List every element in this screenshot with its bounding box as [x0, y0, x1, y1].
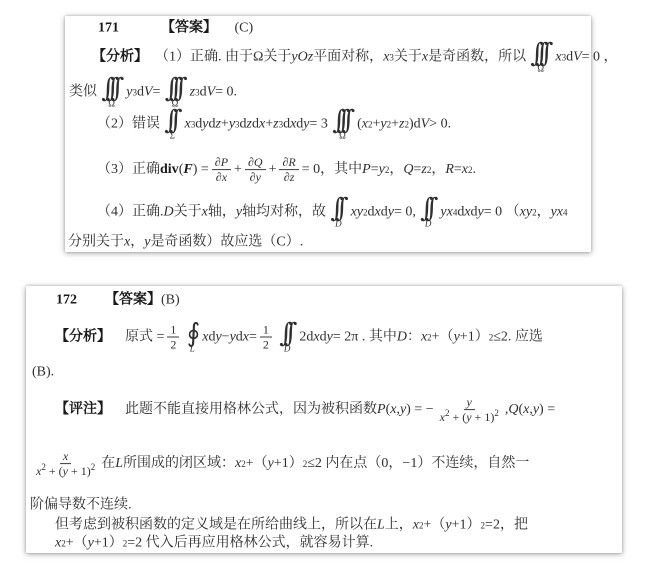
fraction: xx2 + (y + 1)2 [33, 449, 98, 479]
answer-header-172: 172 【答案】(B) [56, 291, 180, 309]
remark-line-4: 但考虑到被积函数的定义域是在所给曲线上，所以在 L 上，x2+（y+1）2=2，… [55, 516, 528, 534]
remark-line-2: xx2 + (y + 1)2 在 L 所围成的闭区域：x2+（y+1）2≤2 内… [30, 449, 529, 479]
remark-line-3: 阶偏导数不连续. [30, 496, 132, 514]
double-integral-symbol: ∫∫D [278, 321, 297, 354]
analysis-line-5: （4）正确. D 关于 x 轴，y 轴均对称，故∫∫Dxy2dxdy = 0,∫… [97, 196, 568, 229]
triple-integral-symbol: ∫∫∫Ω [529, 41, 552, 74]
fraction: ∂P∂x [212, 155, 231, 185]
fraction: 12 [167, 322, 179, 352]
analysis-line-2: 类似∫∫∫Ωy3dV = ∫∫∫Ωz3dV = 0. [69, 76, 237, 109]
analysis-line-3: （2）错误∫∫Σx3dydz + y3dzdx + z3dxdy = 3∫∫∫Ω… [97, 108, 451, 141]
triple-integral-symbol: ∫∫∫Ω [100, 76, 123, 109]
solution-card-171: 171 【答案】 (C) 【分析】 （1）正确. 由于Ω关于 yOz 平面对称，… [65, 16, 591, 252]
analysis-line-2: (B). [32, 363, 54, 381]
triple-integral-symbol: ∫∫∫Ω [163, 76, 186, 109]
analysis-line-1: 【分析】 原式 = 12∮Lxdy − ydx = 12∫∫D2dxdy = 2… [55, 321, 543, 354]
fraction: ∂Q∂y [245, 155, 266, 185]
remark-line-5: x2+（y+1）2=2 代入后再应用格林公式，就容易计算. [55, 534, 373, 552]
answer-header-171: 171 【答案】 (C) [98, 19, 253, 37]
double-integral-symbol: ∫∫D [329, 196, 348, 229]
solution-card-172: 172 【答案】(B) 【分析】 原式 = 12∮Lxdy − ydx = 12… [26, 286, 622, 553]
fraction: ∂R∂z [279, 155, 298, 185]
fraction: 12 [260, 322, 272, 352]
triple-integral-symbol: ∫∫∫Ω [331, 108, 354, 141]
fraction: yx2 + (y + 1)2 [437, 395, 502, 425]
contour-integral-symbol: ∮L [185, 321, 199, 354]
double-integral-symbol: ∫∫Σ [163, 108, 182, 141]
double-integral-symbol: ∫∫D [419, 196, 438, 229]
analysis-line-4: （3）正确div(F) = ∂P∂x + ∂Q∂y + ∂R∂z = 0，其中 … [97, 155, 476, 185]
analysis-line-1: 【分析】 （1）正确. 由于Ω关于 yOz 平面对称，x3关于 x 是奇函数，所… [92, 41, 618, 74]
remark-line-1: 【评注】 此题不能直接用格林公式，因为被积函数 P(x, y) = −yx2 +… [55, 395, 555, 425]
analysis-line-6: 分别关于 x，y 是奇函数）故应选（C）. [68, 233, 303, 251]
